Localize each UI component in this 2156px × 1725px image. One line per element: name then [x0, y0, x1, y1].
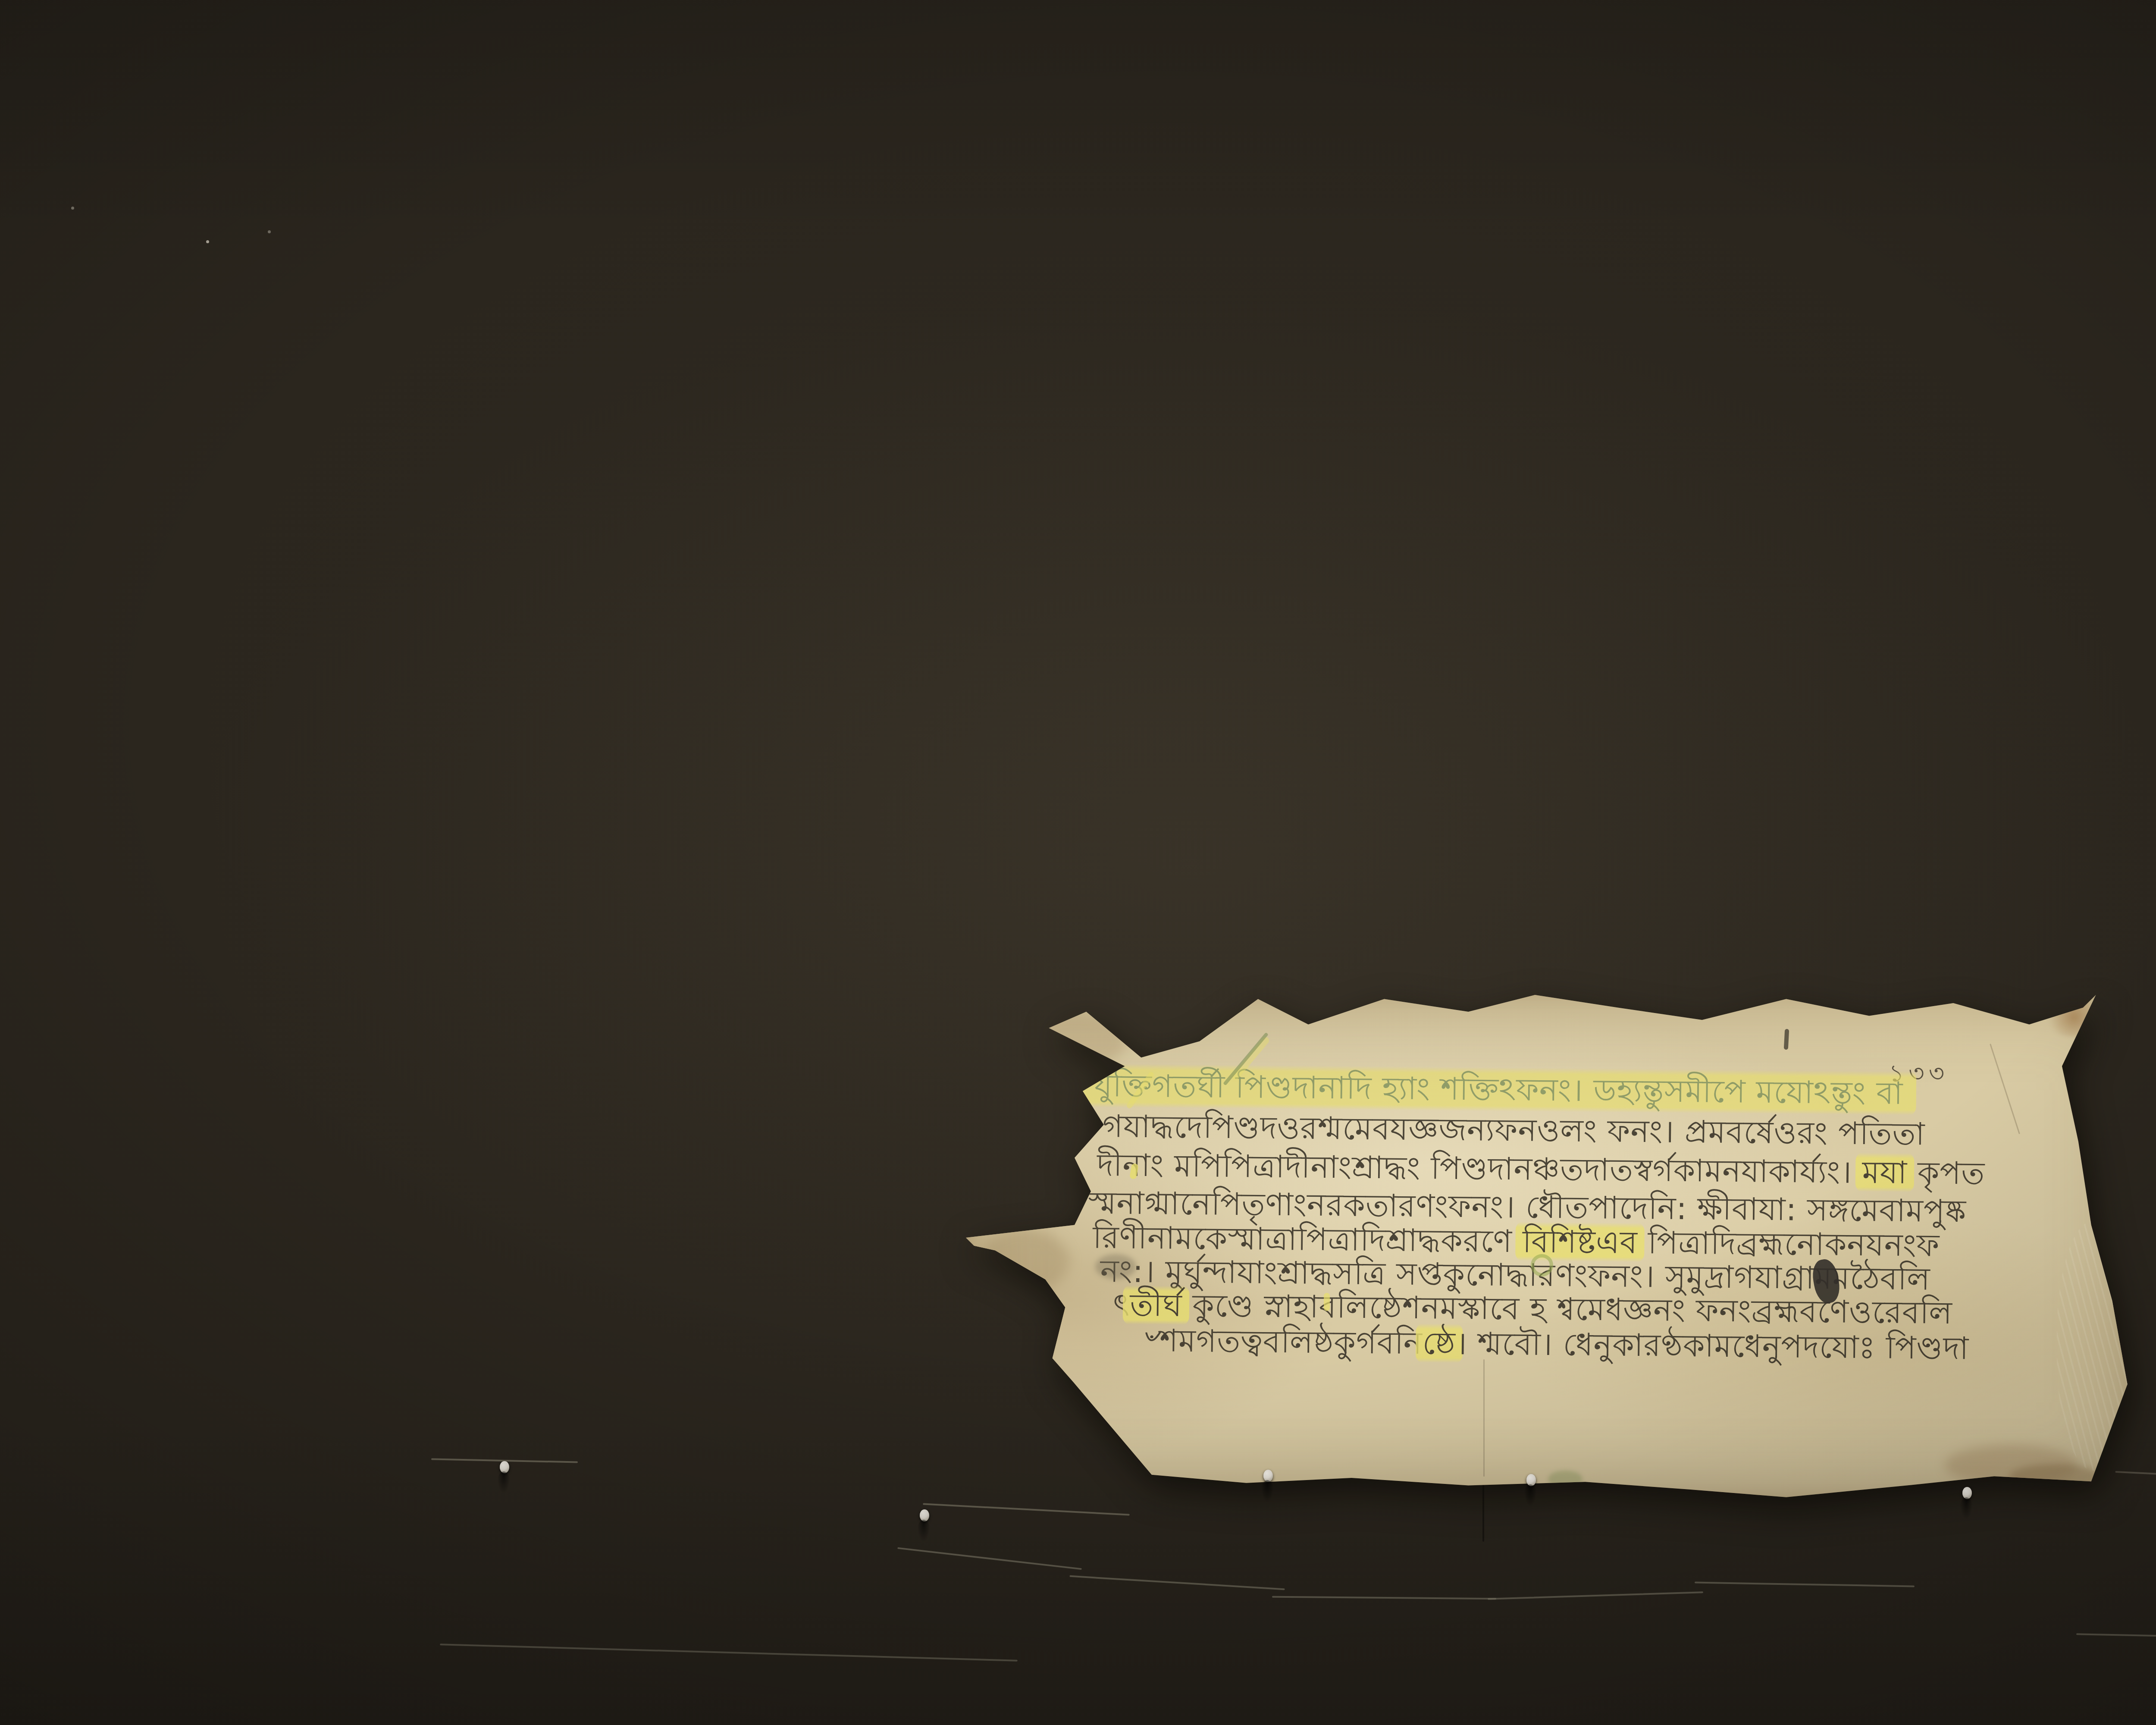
highlighter-dot	[1324, 1293, 1330, 1311]
board-scratch	[1069, 1575, 1285, 1590]
board-scratch	[440, 1643, 1018, 1661]
mounting-pin	[1526, 1474, 1536, 1486]
mounting-pin	[1263, 1470, 1273, 1482]
board-scratch	[1488, 1591, 1703, 1600]
manuscript-page: ১৩৩ যুক্তিগতর্ঘী পিণ্ডদানাদি হ্যাং শক্তি…	[966, 992, 2134, 1501]
board-scratch	[897, 1547, 1082, 1570]
dust-speck	[206, 240, 209, 243]
board-scratch	[1272, 1596, 1496, 1600]
mounting-pin	[920, 1509, 929, 1521]
manuscript-text-block: যুক্তিগতর্ঘী পিণ্ডদানাদি হ্যাং শক্তিঽফনং…	[961, 992, 2134, 1512]
board-scratch	[1695, 1582, 1915, 1587]
board-scratch	[2076, 1633, 2156, 1639]
photograph-of-manuscript-on-board: ১৩৩ যুক্তিগতর্ঘী পিণ্ডদানাদি হ্যাং শক্তি…	[0, 0, 2156, 1725]
board-scratch	[923, 1503, 1130, 1515]
mounting-pin	[1962, 1487, 1972, 1499]
highlighted-text: তীর্ঘ	[1123, 1284, 1189, 1326]
text-line: যুক্তিগতর্ঘী পিণ্ডদানাদি হ্যাং শক্তিঽফনং…	[1094, 1066, 1903, 1113]
dust-speck	[268, 230, 271, 233]
green-ring-mark	[1531, 1254, 1553, 1276]
highlighted-text: মযা	[1855, 1151, 1914, 1193]
text-line: ৺শমগতত্ববলিষ্ঠকুর্গবনিষ্ঠে। শ্মবৌ। ধেনুক…	[1140, 1320, 1969, 1368]
manuscript-paper-surface: ১৩৩ যুক্তিগতর্ঘী পিণ্ডদানাদি হ্যাং শক্তি…	[966, 992, 2134, 1501]
dust-speck	[71, 207, 74, 210]
mounting-pin	[500, 1461, 509, 1473]
